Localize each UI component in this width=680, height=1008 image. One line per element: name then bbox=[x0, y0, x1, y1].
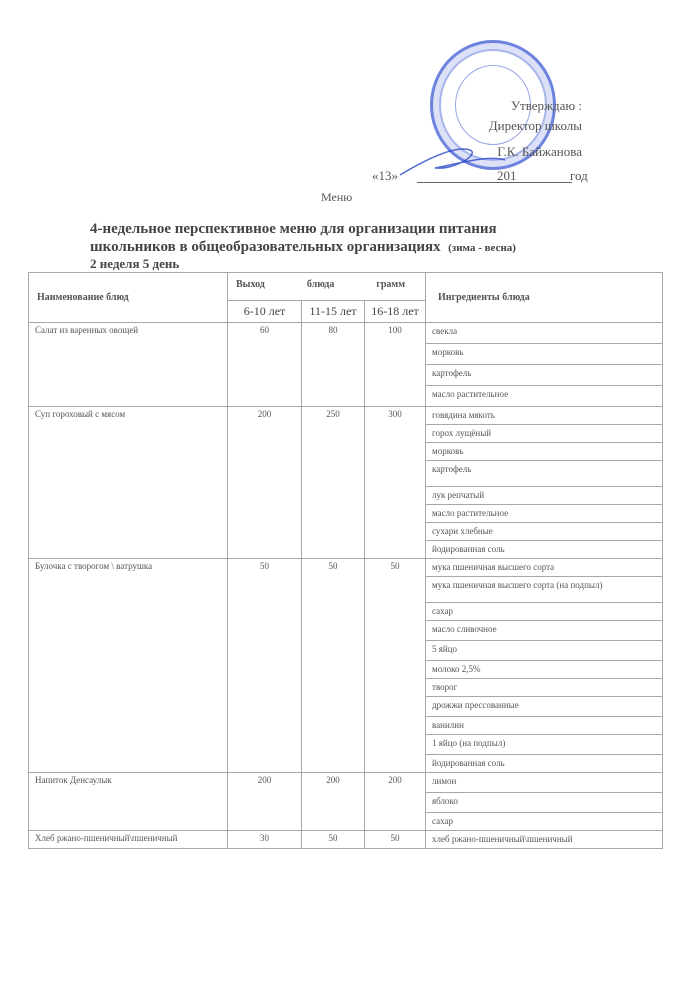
portion-value: 50 bbox=[228, 559, 302, 773]
season-label: (зима - весна) bbox=[448, 242, 516, 254]
dish-name: Хлеб ржано-пшеничный\пшеничный bbox=[29, 831, 228, 849]
ingredient-item: мука пшеничная высшего сорта bbox=[426, 559, 663, 577]
date-year: 201 bbox=[497, 168, 517, 184]
ingredient-item: морковь bbox=[426, 344, 663, 365]
column-header-ingredients: Ингредиенты блюда bbox=[426, 273, 663, 323]
ingredient-item: 5 яйцо bbox=[426, 641, 663, 661]
ingredient-item: мука пшеничная высшего сорта (на подпыл) bbox=[426, 577, 663, 603]
ingredient-item: йодированная соль bbox=[426, 541, 663, 559]
column-header-name: Наименование блюд bbox=[29, 273, 228, 323]
column-header-output: Выход блюда грамм bbox=[228, 273, 426, 301]
ingredient-item: морковь bbox=[426, 443, 663, 461]
ingredient-item: масло сливочное bbox=[426, 621, 663, 641]
portion-value: 200 bbox=[228, 407, 302, 559]
table-row: Булочка с творогом \ ватрушка505050мука … bbox=[29, 559, 663, 577]
dish-name: Суп гороховый с мясом bbox=[29, 407, 228, 559]
title-line-2: школьников в общеобразовательных организ… bbox=[90, 238, 610, 257]
portion-value: 80 bbox=[302, 323, 365, 407]
ingredient-item: картофель bbox=[426, 365, 663, 386]
ingredient-item: молоко 2,5% bbox=[426, 661, 663, 679]
table-row: Салат из варенных овощей6080100свекла bbox=[29, 323, 663, 344]
ingredient-item: творог bbox=[426, 679, 663, 697]
menu-table: Наименование блюд Выход блюда грамм Ингр… bbox=[28, 272, 663, 849]
ingredient-item: ванилин bbox=[426, 717, 663, 735]
portion-value: 50 bbox=[365, 559, 426, 773]
menu-heading: Меню bbox=[321, 190, 352, 205]
ingredient-item: масло растительное bbox=[426, 505, 663, 523]
column-header-age-11-15: 11-15 лет bbox=[302, 301, 365, 323]
portion-value: 300 bbox=[365, 407, 426, 559]
document-title: 4-недельное перспективное меню для орган… bbox=[90, 220, 610, 257]
ingredient-item: дрожжи прессованные bbox=[426, 697, 663, 717]
ingredient-item: картофель bbox=[426, 461, 663, 487]
table-row: Хлеб ржано-пшеничный\пшеничный305050хлеб… bbox=[29, 831, 663, 849]
director-name: Г.К. Байжанова bbox=[497, 144, 582, 160]
ingredient-item: йодированная соль bbox=[426, 755, 663, 773]
ingredient-item: лимон bbox=[426, 773, 663, 793]
column-header-age-16-18: 16-18 лет bbox=[365, 301, 426, 323]
portion-value: 200 bbox=[302, 773, 365, 831]
column-header-age-6-10: 6-10 лет bbox=[228, 301, 302, 323]
title-line-1: 4-недельное перспективное меню для орган… bbox=[90, 220, 610, 238]
portion-value: 50 bbox=[302, 559, 365, 773]
dish-name: Салат из варенных овощей bbox=[29, 323, 228, 407]
ingredient-item: свекла bbox=[426, 323, 663, 344]
table-row: Напиток Денсаулык200200200лимон bbox=[29, 773, 663, 793]
portion-value: 200 bbox=[365, 773, 426, 831]
director-position: Директор школы bbox=[489, 118, 582, 134]
week-day-label: 2 неделя 5 день bbox=[90, 256, 179, 272]
ingredient-item: хлеб ржано-пшеничный\пшеничный bbox=[426, 831, 663, 849]
approve-label: Утверждаю : bbox=[511, 98, 582, 114]
ingredient-item: говядина мякоть bbox=[426, 407, 663, 425]
ingredient-item: 1 яйцо (на подпыл) bbox=[426, 735, 663, 755]
date-day: «13» bbox=[372, 168, 398, 184]
ingredient-item: сухари хлебные bbox=[426, 523, 663, 541]
portion-value: 100 bbox=[365, 323, 426, 407]
date-underline bbox=[417, 182, 572, 183]
date-suffix: год bbox=[570, 168, 588, 184]
dish-name: Булочка с творогом \ ватрушка bbox=[29, 559, 228, 773]
ingredient-item: сахар bbox=[426, 603, 663, 621]
table-row: Суп гороховый с мясом200250300говядина м… bbox=[29, 407, 663, 425]
ingredient-item: лук репчатый bbox=[426, 487, 663, 505]
portion-value: 50 bbox=[365, 831, 426, 849]
portion-value: 200 bbox=[228, 773, 302, 831]
portion-value: 30 bbox=[228, 831, 302, 849]
ingredient-item: яблоко bbox=[426, 793, 663, 813]
ingredient-item: сахар bbox=[426, 813, 663, 831]
portion-value: 60 bbox=[228, 323, 302, 407]
ingredient-item: горох лущёный bbox=[426, 425, 663, 443]
ingredient-item: масло растительное bbox=[426, 386, 663, 407]
dish-name: Напиток Денсаулык bbox=[29, 773, 228, 831]
portion-value: 50 bbox=[302, 831, 365, 849]
portion-value: 250 bbox=[302, 407, 365, 559]
